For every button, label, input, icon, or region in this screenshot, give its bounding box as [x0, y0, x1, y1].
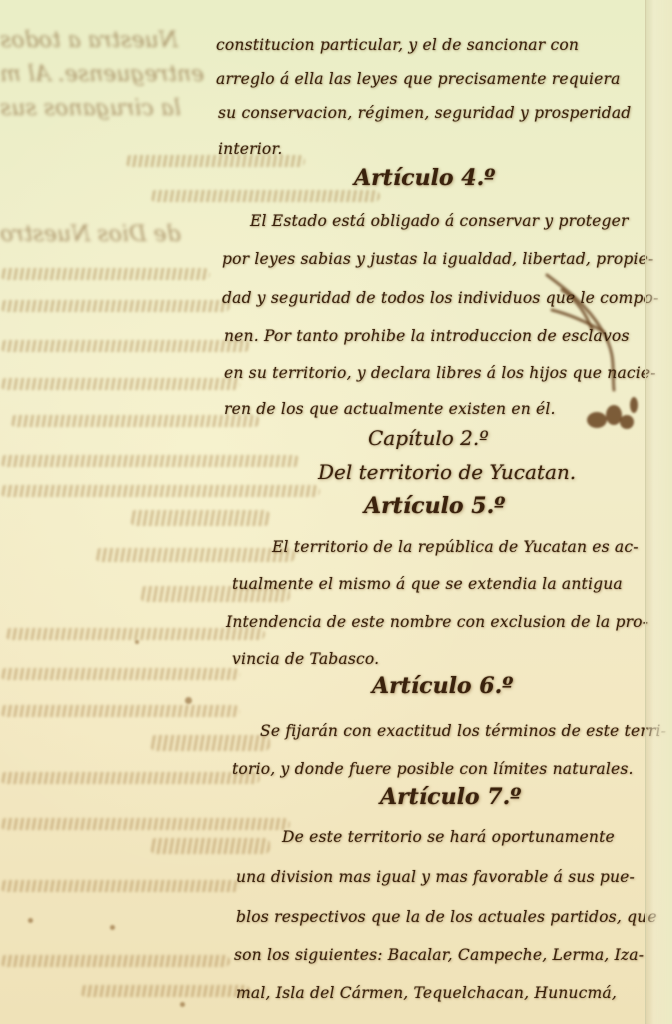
- text-line: su conservacion, régimen, seguridad y pr…: [218, 104, 631, 122]
- text-line: blos respectivos que la de los actuales …: [236, 908, 657, 926]
- manuscript-page: Nuestra a todos entreguense. Al m la cir…: [0, 0, 672, 1024]
- text-line: Intendencia de este nombre con exclusion…: [226, 613, 648, 631]
- bleed-word: la ciruganos sus: [0, 96, 181, 121]
- text-line: nen. Por tanto prohibe la introduccion d…: [224, 327, 630, 345]
- text-line: son los siguientes: Bacalar, Campeche, L…: [234, 946, 644, 964]
- text-line: tualmente el mismo á que se extendia la …: [232, 575, 623, 593]
- page-edge: [645, 0, 672, 1024]
- text-line: una division mas igual y mas favorable á…: [236, 868, 635, 886]
- text-line: interior.: [218, 140, 282, 158]
- text-line: De este territorio se hará oportunamente: [282, 828, 615, 846]
- article-heading: Artículo 7.º: [380, 784, 521, 810]
- text-line: arreglo á ella las leyes que precisament…: [216, 70, 621, 88]
- text-line: ren de los que actualmente existen en él…: [224, 400, 556, 418]
- bleed-word: entreguense. Al m: [0, 62, 204, 87]
- text-line: Se fijarán con exactitud los términos de…: [260, 722, 666, 740]
- text-line: dad y seguridad de todos los individuos …: [222, 289, 659, 307]
- text-line: vincia de Tabasco.: [232, 650, 379, 668]
- article-heading: Artículo 5.º: [364, 493, 505, 519]
- text-line: El Estado está obligado á conservar y pr…: [250, 212, 629, 230]
- text-line: en su territorio, y declara libres á los…: [224, 364, 656, 382]
- chapter-title: Del territorio de Yucatan.: [318, 460, 576, 484]
- text-line: constitucion particular, y el de sancion…: [216, 36, 579, 54]
- text-line: mal, Isla del Cármen, Tequelchacan, Hunu…: [236, 984, 617, 1002]
- chapter-heading: Capítulo 2.º: [368, 426, 489, 450]
- article-heading: Artículo 4.º: [354, 165, 495, 191]
- text-line: por leyes sabias y justas la igualdad, l…: [222, 250, 653, 268]
- bleed-word: Nuestra a todos: [0, 28, 178, 53]
- text-line: torio, y donde fuere posible con límites…: [232, 760, 634, 778]
- bleed-word: de Dios Nuestro: [0, 222, 181, 247]
- text-line: El territorio de la república de Yucatan…: [272, 538, 639, 556]
- article-heading: Artículo 6.º: [372, 673, 513, 699]
- manuscript-text: constitucion particular, y el de sancion…: [222, 0, 652, 1024]
